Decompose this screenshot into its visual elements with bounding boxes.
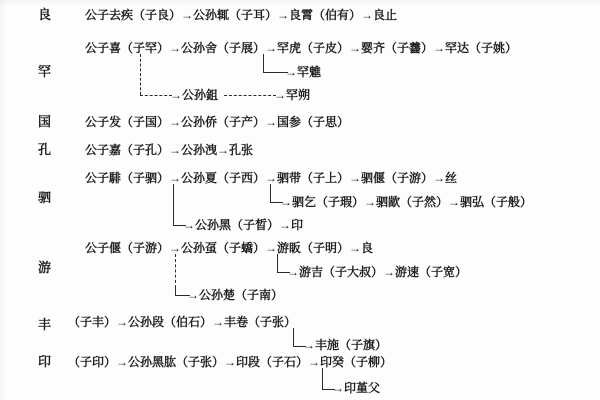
- lineage-line-you-chu: →公孙楚（子南）: [187, 287, 283, 303]
- lineage-line-yin-jinfu: →印堇父: [332, 380, 380, 396]
- connector-dashed-vertical-han: [140, 54, 141, 95]
- connector-dashed-vertical-you: [175, 254, 176, 288]
- clan-label-feng: 丰: [38, 317, 51, 333]
- clan-label-you: 游: [38, 260, 51, 276]
- clan-label-si: 驷: [38, 190, 51, 206]
- clan-label-guo: 国: [38, 114, 51, 130]
- lineage-line-liang-main: 公子去疾（子良）→公孙辄（子耳）→良霄（伯有）→良止: [85, 7, 397, 23]
- lineage-line-you-ji: →游吉（子大叔）→游速（子宽）: [287, 264, 467, 280]
- connector-dashed-horizontal-han-shuo: [224, 95, 276, 96]
- lineage-line-si-qi: →驷乞（子瑕）→驷歂（子然）→驷弘（子般）: [280, 194, 532, 210]
- genealogy-chart-page: 良 罕 国 孔 驷 游 丰 印 公子去疾（子良）→公孙辄（子耳）→良霄（伯有）→…: [0, 0, 600, 400]
- lineage-line-you-main: 公子偃（子游）→公孙虿（子蟜）→游眅（子明）→良: [85, 240, 373, 256]
- clan-label-liang: 良: [38, 7, 51, 23]
- lineage-line-feng-main: （子丰）→公孙段（伯石）→丰卷（子张）: [68, 314, 296, 330]
- clan-label-han: 罕: [38, 64, 51, 80]
- clan-label-yin: 印: [38, 354, 51, 370]
- lineage-line-yin-main: （子印）→公孙黑肱（子张）→印段（子石）→印癸（子柳）: [68, 354, 392, 370]
- connector-dashed-horizontal-han: [140, 95, 172, 96]
- lineage-line-han-main: 公子喜（子罕）→公孙舍（子展）→罕虎（子皮）→婴齐（子齹）→罕达（子姚）: [85, 40, 517, 56]
- lineage-line-han-shuo: →罕朔: [274, 87, 310, 103]
- clan-label-kong: 孔: [38, 142, 51, 158]
- lineage-line-feng-shi: →丰施（子旗）: [303, 337, 387, 353]
- lineage-line-guo-main: 公子发（子国）→公孙侨（子产）→国参（子思）: [85, 114, 349, 130]
- lineage-line-han-chu: →公孙鉏: [170, 87, 218, 103]
- lineage-line-han-tui: →罕魋: [285, 64, 321, 80]
- lineage-line-si-hei: →公孙黑（子晳）→印: [183, 217, 303, 233]
- lineage-line-kong-main: 公子嘉（子孔）→公孙洩→孔张: [85, 142, 253, 158]
